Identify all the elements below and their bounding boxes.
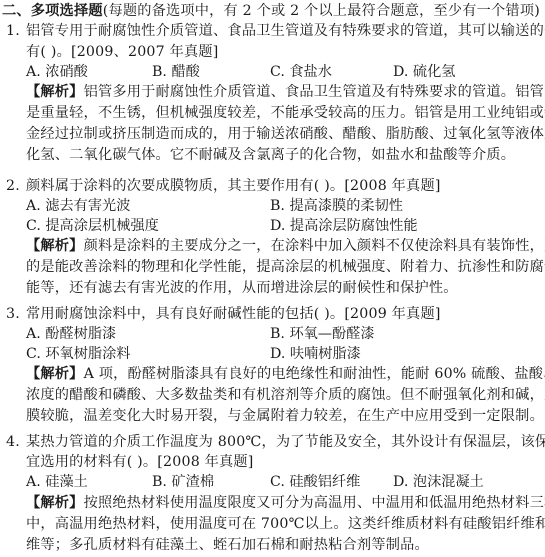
option-d: D. 呋喃树脂漆 xyxy=(270,344,361,364)
option-b: B. 矿渣棉 xyxy=(152,472,214,492)
analysis-label: 【解析】 xyxy=(26,495,84,511)
section-heading: 二、多项选择题 xyxy=(2,3,103,19)
analysis-line: 膜较脆，温差变化大时易开裂，与金属附着力较差，在生产中应用受到一定限制。 xyxy=(26,406,544,426)
option-a: A. 浓硝酸 xyxy=(26,62,88,82)
option-b: B. 提高漆膜的柔韧性 xyxy=(270,196,403,216)
option-c: C. 食盐水 xyxy=(270,62,332,82)
analysis-line: 【解析】A 项，酚醛树脂漆具有良好的电绝缘性和耐油性，能耐 60% 硫酸、盐酸、… xyxy=(26,364,545,384)
option-c: C. 环氧树脂涂料 xyxy=(26,344,131,364)
analysis-line: 金经过拉制或挤压制造而成的，用于输送浓硝酸、醋酸、脂肪酸、过氧化氢等液体及硫 xyxy=(26,124,545,144)
analysis-line: 的是能改善涂料的物理和化学性能，提高涂层的机械强度、附着力、抗渗性和防腐蚀性 xyxy=(26,257,545,277)
question-number: 1. xyxy=(6,21,20,41)
section-title: 二、多项选择题(每题的备选项中，有 2 个或 2 个以上最符合题意，至少有一个错… xyxy=(2,1,540,21)
question-number: 3. xyxy=(6,304,20,324)
question-stem-line: 铝管专用于耐腐蚀性介质管道、食品卫生管道及有特殊要求的管道，其可以输送的介质 xyxy=(26,21,545,41)
analysis-line: 中，高温用绝热材料，使用温度可在 700℃以上。这类纤维质材料有硅酸铝纤维和硅纤 xyxy=(26,514,545,534)
analysis-line: 是重量轻，不生锈，但机械强度较差，不能承受较高的压力。铝管是用工业纯铝或铝合 xyxy=(26,103,545,123)
option-d: D. 硫化氢 xyxy=(393,62,455,82)
question-number: 4. xyxy=(6,432,20,452)
option-a: A. 滤去有害光波 xyxy=(26,196,130,216)
analysis-line: 维等；多孔质材料有硅藻土、蛭石加石棉和耐热粘合剂等制品。 xyxy=(26,535,429,555)
option-a: A. 硅藻土 xyxy=(26,472,88,492)
analysis-line: 化氢、二氧化碳气体。它不耐碱及含氯离子的化合物，如盐水和盐酸等介质。 xyxy=(26,145,515,165)
question-stem-line: 常用耐腐蚀涂料中，具有良好耐碱性能的包括( )。[2009 年真题] xyxy=(26,304,441,324)
question-number: 2. xyxy=(6,176,20,196)
analysis-line: 能等，还有滤去有害光波的作用，从而增进涂层的耐候性和保护性。 xyxy=(26,278,458,298)
question-stem-line: 某热力管道的介质工作温度为 800℃，为了节能及安全，其外设计有保温层，该保温层 xyxy=(26,432,545,452)
analysis-line: 【解析】颜料是涂料的主要成分之一，在涂料中加入颜料不仅使涂料具有装饰性，更重要 xyxy=(26,236,545,256)
question-stem-line: 颜料属于涂料的次要成膜物质，其主要作用有( )。[2008 年真题] xyxy=(26,176,441,196)
analysis-line: 【解析】铝管多用于耐腐蚀性介质管道、食品卫生管道及有特殊要求的管道。铝管的特点 xyxy=(26,82,545,102)
option-d: D. 泡沫混凝土 xyxy=(393,472,484,492)
section-note: (每题的备选项中，有 2 个或 2 个以上最符合题意，至少有一个错项) xyxy=(103,3,540,19)
option-c: C. 硅酸铝纤维 xyxy=(270,472,360,492)
option-b: B. 环氧—酚醛漆 xyxy=(270,324,375,344)
analysis-line: 浓度的醋酸和磷酸、大多数盐类和有机溶剂等介质的腐蚀。但不耐强氧化剂和碱，且漆 xyxy=(26,385,545,405)
analysis-label: 【解析】 xyxy=(26,366,84,382)
option-c: C. 提高涂层机械强度 xyxy=(26,216,159,236)
option-a: A. 酚醛树脂漆 xyxy=(26,324,116,344)
question-stem-line: 有( )。[2009、2007 年真题] xyxy=(26,42,219,62)
exam-page: 二、多项选择题(每题的备选项中，有 2 个或 2 个以上最符合题意，至少有一个错… xyxy=(0,0,545,557)
question-stem-line: 宜选用的材料有( )。[2008 年真题] xyxy=(26,452,254,472)
analysis-label: 【解析】 xyxy=(26,84,84,100)
option-d: D. 提高涂层防腐蚀性能 xyxy=(270,216,418,236)
analysis-label: 【解析】 xyxy=(26,238,84,254)
option-b: B. 醋酸 xyxy=(152,62,200,82)
analysis-line: 【解析】按照绝热材料使用温度限度又可分为高温用、中温用和低温用绝热材料三种。其 xyxy=(26,493,545,513)
